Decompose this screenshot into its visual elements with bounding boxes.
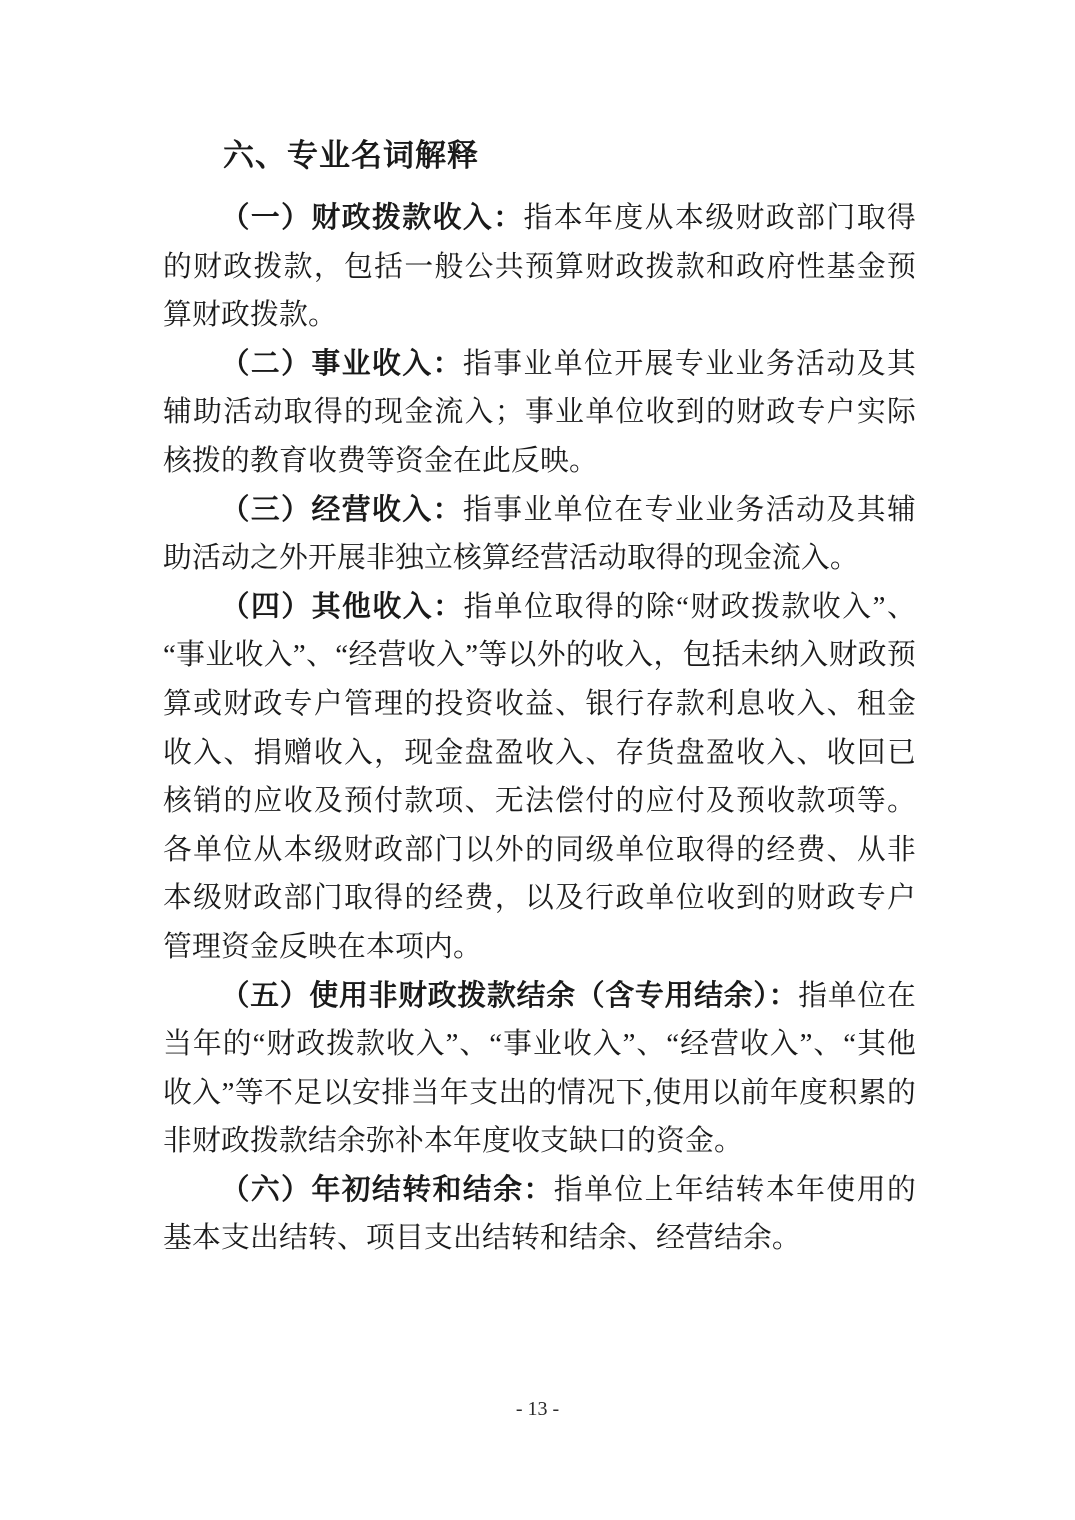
definition-term: （五）使用非财政拨款结余（含专用结余）： bbox=[221, 980, 799, 1012]
definition-paragraph: （三）经营收入：指事业单位在专业业务活动及其辅助活动之外开展非独立核算经营活动取… bbox=[163, 486, 916, 583]
document-page: 六、专业名词解释 （一）财政拨款收入：指本年度从本级财政部门取得的财政拨款，包括… bbox=[0, 0, 1075, 1520]
terminology-section: 六、专业名词解释 （一）财政拨款收入：指本年度从本级财政部门取得的财政拨款，包括… bbox=[163, 132, 916, 1263]
definition-term: （四）其他收入： bbox=[221, 591, 464, 623]
definition-term: （二）事业收入： bbox=[221, 348, 463, 380]
definitions-list: （一）财政拨款收入：指本年度从本级财政部门取得的财政拨款，包括一般公共预算财政拨… bbox=[163, 194, 916, 1263]
section-heading: 六、专业名词解释 bbox=[223, 132, 916, 180]
definition-paragraph: （一）财政拨款收入：指本年度从本级财政部门取得的财政拨款，包括一般公共预算财政拨… bbox=[163, 194, 916, 340]
definition-term: （六）年初结转和结余： bbox=[221, 1174, 554, 1206]
definition-text: 指单位取得的除“财政拨款收入”、“事业收入”、“经营收入”等以外的收入，包括未纳… bbox=[163, 591, 916, 963]
definition-paragraph: （五）使用非财政拨款结余（含专用结余）：指单位在当年的“财政拨款收入”、“事业收… bbox=[163, 972, 916, 1166]
definition-term: （一）财政拨款收入： bbox=[221, 202, 524, 234]
page-number: - 13 - bbox=[0, 1398, 1075, 1421]
definition-paragraph: （六）年初结转和结余：指单位上年结转本年使用的基本支出结转、项目支出结转和结余、… bbox=[163, 1166, 916, 1263]
definition-term: （三）经营收入： bbox=[221, 494, 463, 526]
definition-paragraph: （二）事业收入：指事业单位开展专业业务活动及其辅助活动取得的现金流入；事业单位收… bbox=[163, 340, 916, 486]
definition-paragraph: （四）其他收入：指单位取得的除“财政拨款收入”、“事业收入”、“经营收入”等以外… bbox=[163, 583, 916, 972]
